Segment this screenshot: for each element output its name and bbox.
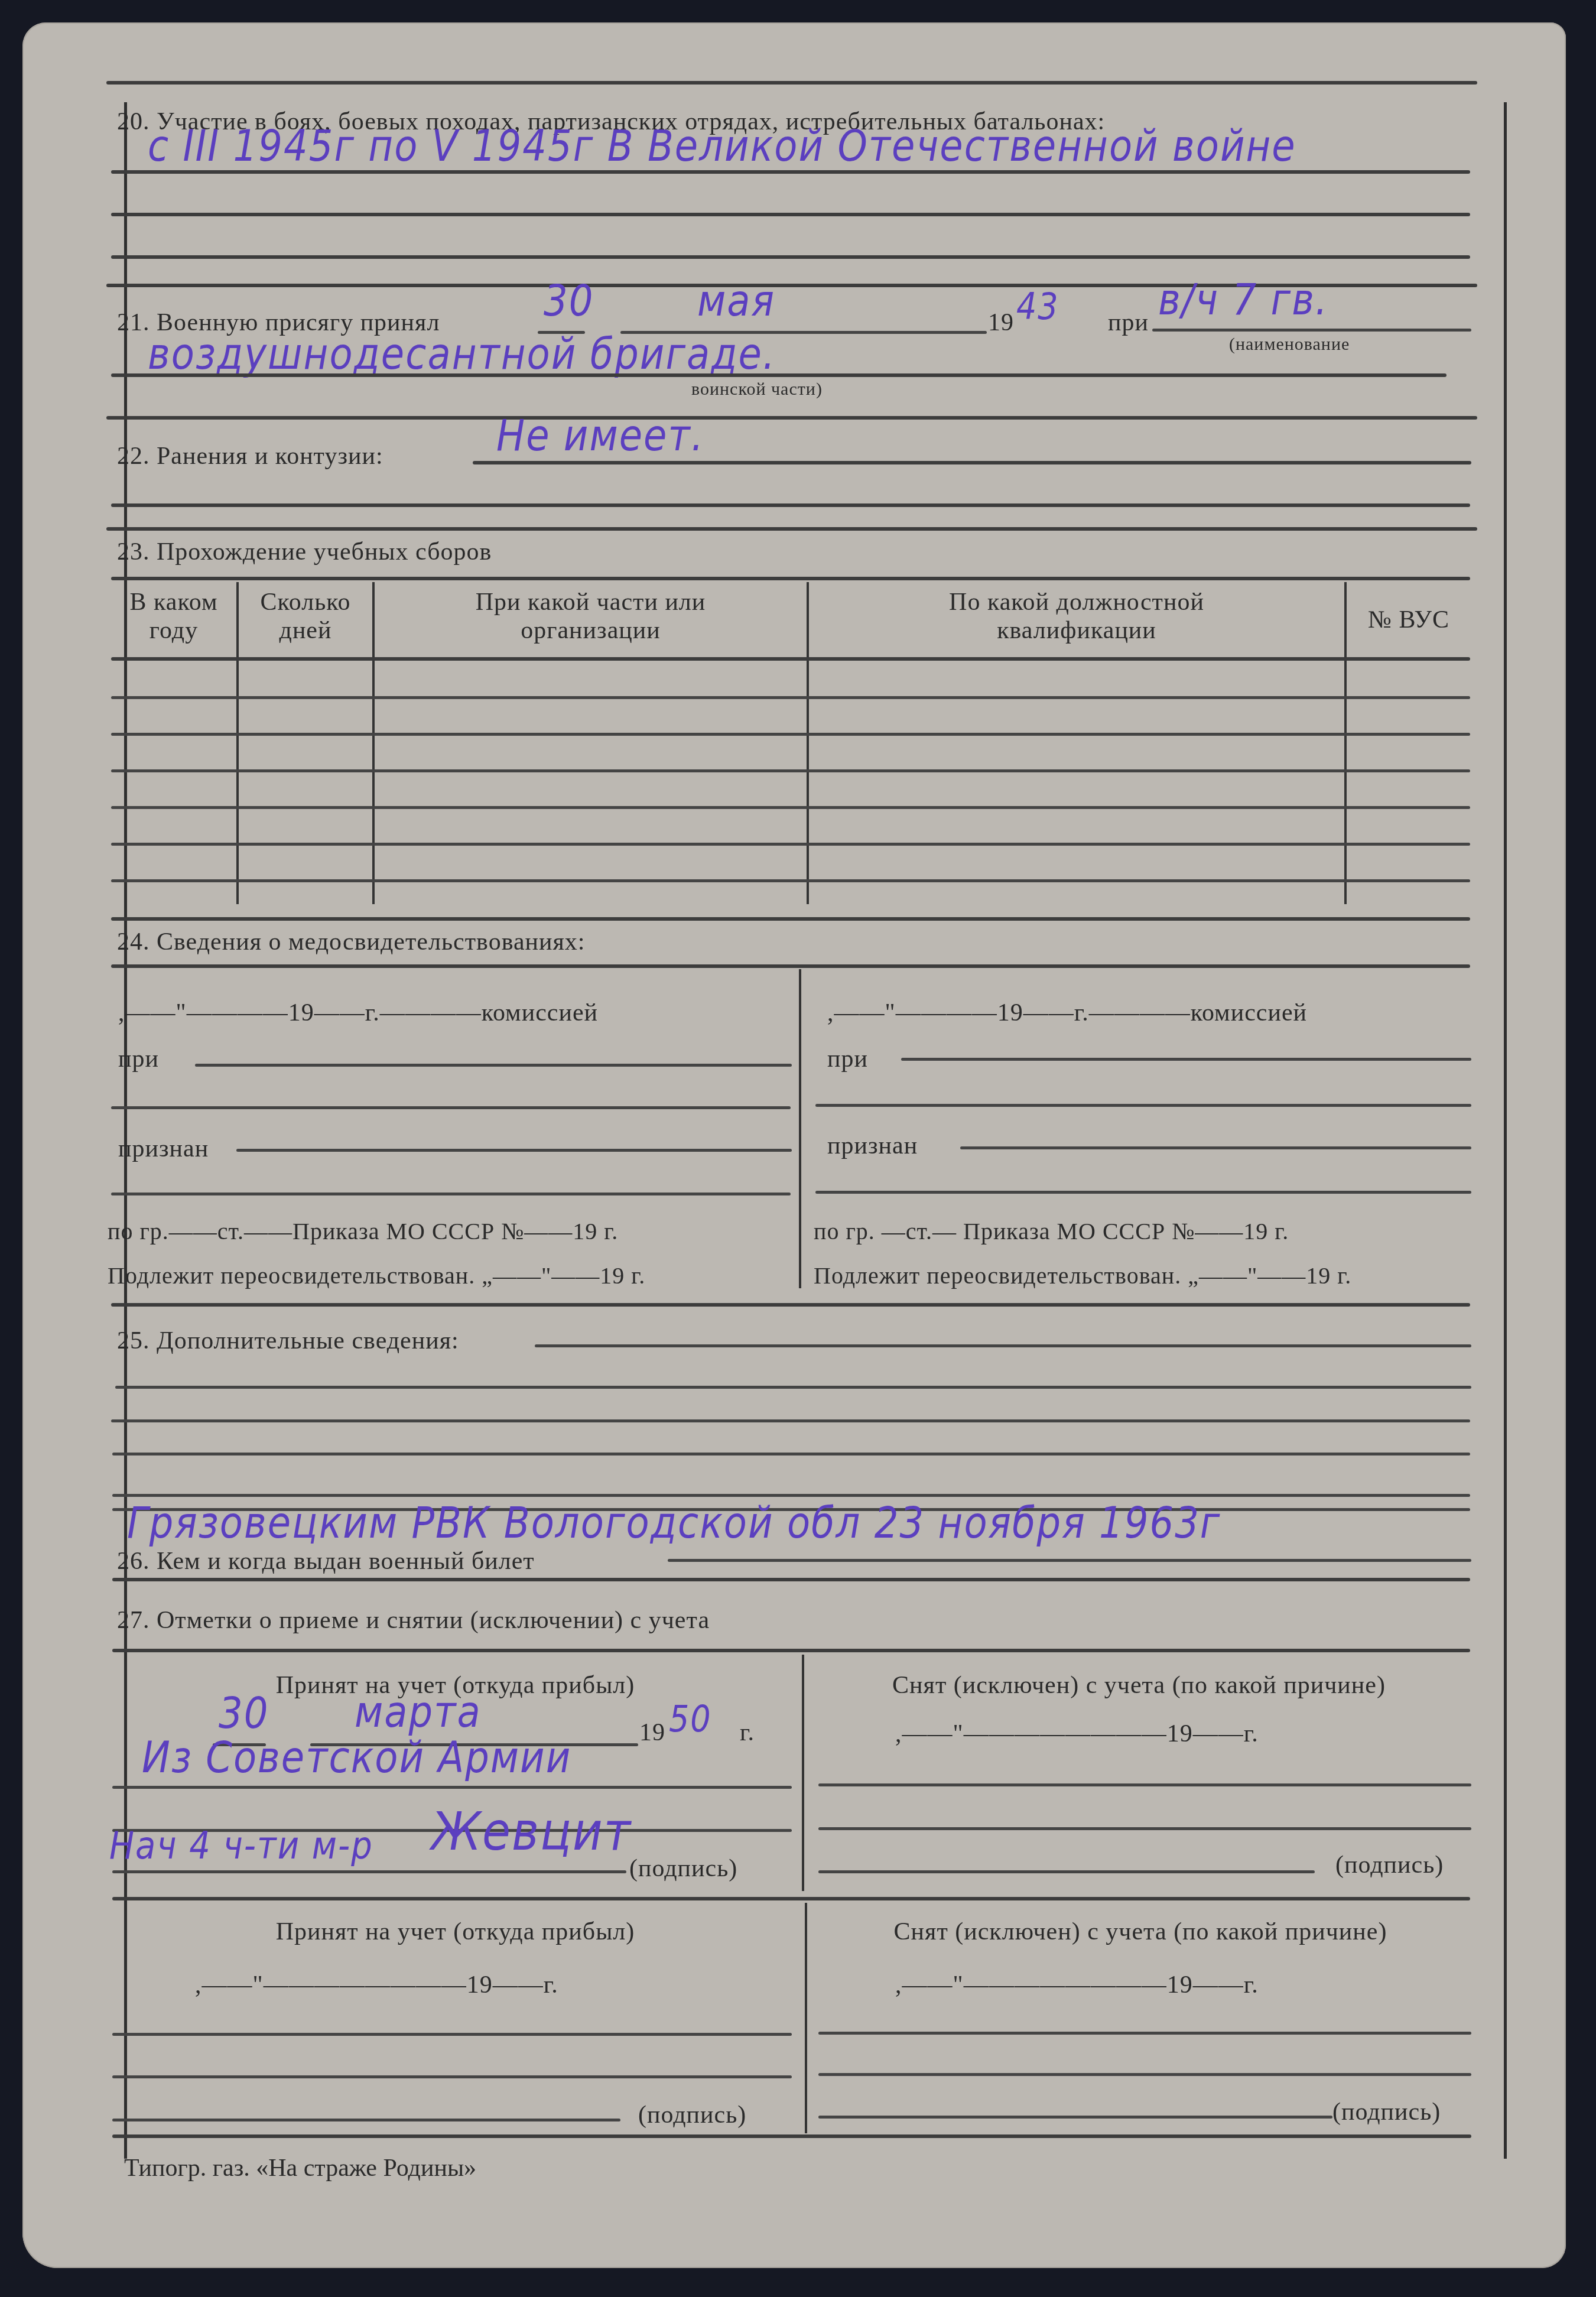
s27-b1-signature: Жевцит [431, 1808, 632, 1856]
printer-imprint: Типогр. газ. «На страже Родины» [124, 2154, 476, 2182]
s23-col-year-line2: году [111, 616, 236, 645]
s23-label: 23. Прохождение учебных сборов [117, 538, 492, 566]
s27-b1-accepted-day: 30 [219, 1690, 269, 1738]
s23-row-line-3 [111, 769, 1470, 772]
s23-row-line-6 [111, 879, 1470, 882]
s21-month: мая [697, 278, 775, 326]
s21-unit-line [1152, 329, 1471, 332]
s25-line-3 [111, 1419, 1470, 1422]
s27-b2-r-sig-line [818, 2116, 1332, 2119]
s27-b1-r-line-2 [818, 1827, 1471, 1830]
s21-year-prefix: 19 [988, 308, 1014, 337]
s27-divider-2 [805, 1903, 807, 2133]
s27-b1-removed-title: Снят (исключен) с учета (по какой причин… [807, 1671, 1471, 1700]
s27-b2-accepted-title: Принят на учет (откуда прибыл) [111, 1918, 799, 1946]
s25-label: 25. Дополнительные сведения: [117, 1327, 459, 1355]
s27-b1-sig-line [112, 1870, 626, 1873]
s22-label: 22. Ранения и контузии: [117, 442, 383, 470]
s24-right-recheck: Подлежит переосвидетельствован. „——"——19… [814, 1262, 1351, 1290]
s20-handwritten-value: с III 1945г по V 1945г В Великой Отечест… [148, 123, 1296, 171]
s21-unit-line2: воздушнодесантной бригаде. [148, 331, 776, 379]
s23-col-qual-line2: квалификации [809, 616, 1344, 645]
s27-b1-r-line-1 [818, 1783, 1471, 1786]
s27-b1-r-sig-line [818, 1870, 1315, 1873]
s23-row-line-4 [111, 806, 1470, 809]
s27-divider-1 [802, 1655, 804, 1891]
s22-top-rule [106, 416, 1477, 420]
s22-line-2 [111, 503, 1470, 507]
s24-right-priznan-label: признан [827, 1132, 918, 1160]
s20-line-1 [111, 170, 1470, 174]
s22-handwritten-value: Не имеет. [496, 412, 704, 460]
s27-b1-accepted-from: Из Советской Армии [142, 1734, 571, 1782]
s27-block-divider [112, 1897, 1470, 1900]
s25-line-5 [112, 1494, 1470, 1497]
s26-label: 26. Кем и когда выдан военный билет [117, 1547, 535, 1575]
s26-bottom-rule [112, 1578, 1470, 1581]
s26-handwritten-value: Грязовецким РВК Вологодской обл 23 ноябр… [127, 1500, 1221, 1548]
s21-caption-name: (наименование [1229, 334, 1350, 355]
s24-left-priznan-label: признан [118, 1135, 209, 1163]
s27-b2-removed-date: ,——"————————19——г. [895, 1971, 1259, 1999]
s27-b1-accepted-month: марта [355, 1689, 482, 1737]
s24-left-pri-label: при [118, 1045, 159, 1073]
s24-right-date-line: ,——"————19——г.————комиссией [827, 999, 1307, 1027]
s24-left-priznan-line [236, 1149, 792, 1152]
s27-b1-year-suffix: г. [740, 1718, 755, 1747]
s27-b2-line-1 [112, 2033, 792, 2036]
s24-right-line-4 [815, 1191, 1471, 1194]
s27-label: 27. Отметки о приеме и снятии (исключени… [117, 1606, 710, 1635]
s24-left-order: по гр.——ст.——Приказа МО СССР №——19 г. [108, 1217, 618, 1246]
s23-row-line-1 [111, 696, 1470, 699]
s24-left-line-2 [111, 1106, 791, 1109]
s27-b1-accepted-year: 50 [669, 1696, 712, 1744]
s21-year: 43 [1016, 284, 1059, 332]
s24-right-pri-line [901, 1058, 1471, 1061]
s24-label: 24. Сведения о медосвидетельствованиях: [117, 928, 586, 956]
s27-b2-accepted-sig-caption: (подпись) [638, 2101, 746, 2129]
bottom-rule [112, 2134, 1471, 2138]
s23-header-top-rule [111, 577, 1470, 580]
s23-col-header-vus: № ВУС [1347, 606, 1471, 634]
s24-left-recheck: Подлежит переосвидетельствован. „——"——19… [108, 1262, 645, 1290]
s23-col-header-days: Сколько дней [239, 588, 372, 645]
s23-col-header-qualification: По какой должностной квалификации [809, 588, 1344, 645]
s23-header-bottom-rule [111, 657, 1470, 661]
s27-b2-line-2 [112, 2075, 792, 2078]
s27-b1-year-prefix: 19 [639, 1718, 665, 1747]
s24-header-rule [111, 964, 1470, 968]
s27-header-rule [112, 1649, 1470, 1652]
s23-col-header-year: В каком году [111, 588, 236, 645]
s23-top-rule [106, 527, 1477, 531]
s27-b1-accepted-officer: Нач 4 ч-ти м-р [109, 1823, 373, 1871]
s25-line-2 [115, 1386, 1471, 1389]
top-rule [106, 81, 1477, 85]
s23-col-qual-line1: По какой должностной [809, 588, 1344, 616]
s25-line-4 [112, 1453, 1470, 1455]
s23-col-year-line1: В каком [111, 588, 236, 616]
s27-b2-removed-sig-caption: (подпись) [1332, 2098, 1441, 2126]
s27-b1-line-2 [112, 1786, 792, 1789]
s27-b2-sig-line [112, 2119, 620, 2121]
s24-right-pri-label: при [827, 1045, 868, 1073]
s24-left-pri-line [195, 1064, 792, 1067]
s25-line-1 [535, 1344, 1471, 1347]
s22-line-1 [473, 461, 1471, 464]
s20-line-3 [111, 255, 1470, 259]
s24-divider [799, 969, 801, 1288]
s21-day: 30 [544, 278, 594, 326]
s21-unit-line1: в/ч 7 гв. [1158, 277, 1328, 324]
s21-at-label: при [1108, 308, 1149, 337]
s23-col-unit-line1: При какой части или [375, 588, 807, 616]
s20-line-2 [111, 213, 1470, 216]
s23-col-days-line2: дней [239, 616, 372, 645]
s21-caption-unit: воинской части) [691, 379, 823, 399]
s27-b2-r-line-2 [818, 2073, 1471, 2076]
s27-b1-removed-sig-caption: (подпись) [1335, 1851, 1444, 1879]
s24-right-priznan-line [960, 1146, 1471, 1149]
s23-row-line-5 [111, 843, 1470, 846]
s24-right-order: по гр. —ст.— Приказа МО СССР №——19 г. [814, 1217, 1289, 1246]
s27-b1-removed-date: ,——"————————19——г. [895, 1720, 1259, 1748]
s27-b2-r-line-1 [818, 2032, 1471, 2035]
s27-b2-accepted-date: ,——"————————19——г. [195, 1971, 558, 1999]
s26-line [668, 1559, 1471, 1562]
s23-col-unit-line2: организации [375, 616, 807, 645]
s27-b2-removed-title: Снят (исключен) с учета (по какой причин… [810, 1918, 1471, 1946]
s23-row-line-2 [111, 733, 1470, 736]
s24-bottom-rule [111, 1303, 1470, 1307]
s24-left-line-4 [111, 1193, 791, 1195]
s23-col-header-unit: При какой части или организации [375, 588, 807, 645]
s24-right-line-2 [815, 1104, 1471, 1107]
s23-bottom-rule [111, 917, 1470, 921]
s27-b1-accepted-sig-caption: (подпись) [629, 1854, 737, 1883]
s21-line-2 [111, 373, 1447, 377]
s23-col-days-line1: Сколько [239, 588, 372, 616]
s24-left-date-line: ,——"————19——г.————комиссией [118, 999, 598, 1027]
